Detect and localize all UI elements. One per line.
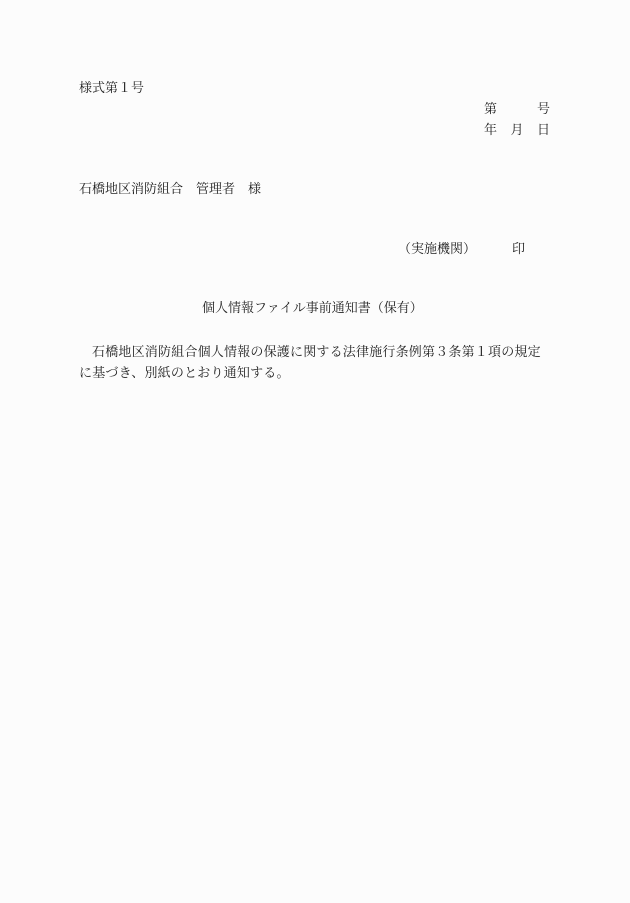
- date-year: 年: [484, 124, 497, 137]
- addressee: 石橋地区消防組合管理者様: [79, 183, 261, 196]
- addressee-position: 管理者: [196, 182, 235, 197]
- body-paragraph: 石橋地区消防組合個人情報の保護に関する法律施行条例第３条第１項の規定に基づき、別…: [79, 342, 553, 384]
- sender-label: （実施機関）: [398, 243, 476, 256]
- document-title: 個人情報ファイル事前通知書（保有）: [202, 302, 423, 315]
- document-number-prefix: 第: [484, 103, 497, 116]
- form-number: 様式第１号: [79, 82, 144, 95]
- addressee-organization: 石橋地区消防組合: [79, 182, 183, 197]
- date-month: 月: [510, 124, 523, 137]
- document-number-line: 第 号: [484, 103, 550, 116]
- addressee-honorific: 様: [248, 182, 261, 197]
- seal-mark: 印: [512, 243, 525, 256]
- document-date-line: 年 月 日: [484, 124, 550, 137]
- date-day: 日: [537, 124, 550, 137]
- document-number-suffix: 号: [537, 103, 550, 116]
